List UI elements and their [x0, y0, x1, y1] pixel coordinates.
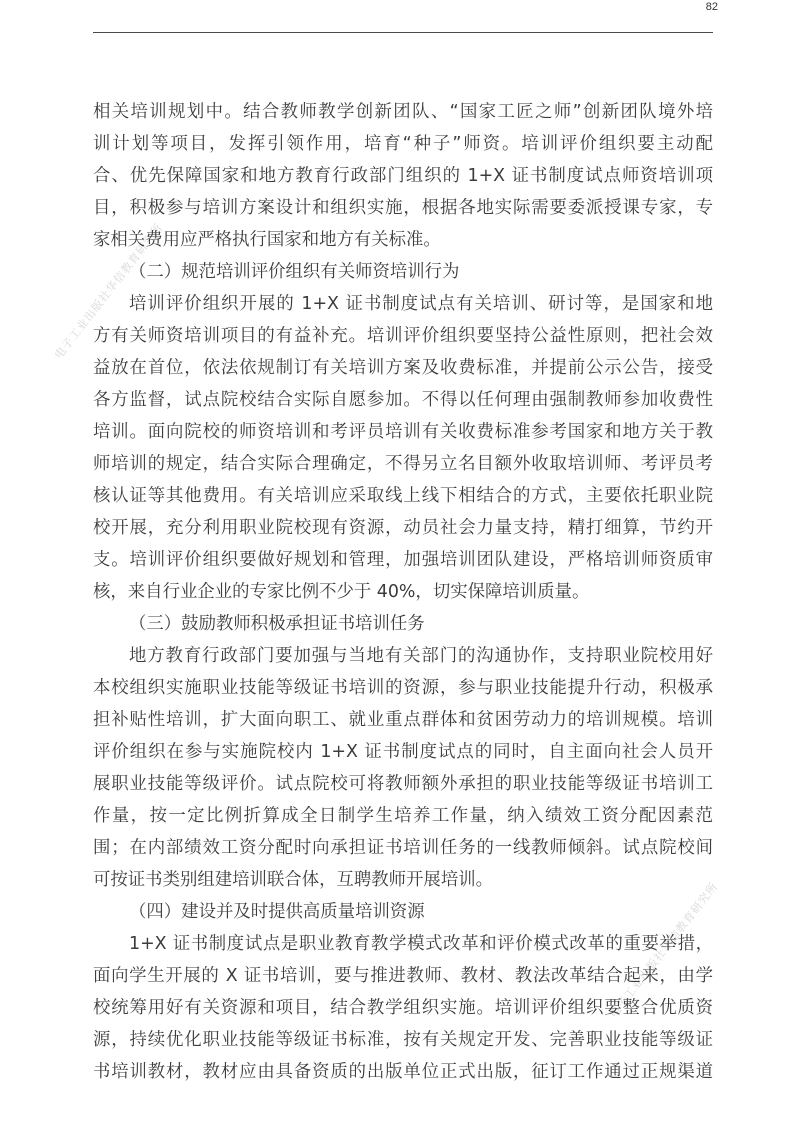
- text-line: 1+X 证书制度试点是职业教育教学模式改革和评价模式改革的重要举措，: [93, 928, 713, 960]
- text-line: 面向学生开展的 X 证书培训，要与推进教师、教材、教法改革结合起来，由学: [93, 960, 713, 992]
- text-line: 源，持续优化职业技能等级证书标准，按有关规定开发、完善职业技能等级证: [93, 1024, 713, 1056]
- text-line: 培训。面向院校的师资培训和考评员培训有关收费标准参考国家和地方关于教: [93, 416, 713, 448]
- text-line: 围；在内部绩效工资分配时向承担证书培训任务的一线教师倾斜。试点院校间: [93, 832, 713, 864]
- section-heading: （二）规范培训评价组织有关师资培训行为: [93, 256, 713, 288]
- text-line: 目，积极参与培训方案设计和组织实施，根据各地实际需要委派授课专家，专: [93, 192, 713, 224]
- text-line: 可按证书类别组建培训联合体，互聘教师开展培训。: [93, 864, 713, 896]
- text-line: 本校组织实施职业技能等级证书培训的资源，参与职业技能提升行动，积极承: [93, 672, 713, 704]
- text-line: 书培训教材，教材应由具备资质的出版单位正式出版，征订工作通过正规渠道: [93, 1056, 713, 1088]
- text-line: 担补贴性培训，扩大面向职工、就业重点群体和贫困劳动力的培训规模。培训: [93, 704, 713, 736]
- text-line: 支。培训评价组织要做好规划和管理，加强培训团队建设，严格培训师资质审: [93, 544, 713, 576]
- text-line: 校开展，充分利用职业院校现有资源，动员社会力量支持，精打细算，节约开: [93, 512, 713, 544]
- page-number: 82: [694, 1, 718, 13]
- text-line: 作量，按一定比例折算成全日制学生培养工作量，纳入绩效工资分配因素范: [93, 800, 713, 832]
- text-line: 师培训的规定，结合实际合理确定，不得另立名目额外收取培训师、考评员考: [93, 448, 713, 480]
- section-heading: （三）鼓励教师积极承担证书培训任务: [93, 608, 713, 640]
- text-line: 核认证等其他费用。有关培训应采取线上线下相结合的方式，主要依托职业院: [93, 480, 713, 512]
- text-line: 培训评价组织开展的 1+X 证书制度试点有关培训、研讨等，是国家和地: [93, 288, 713, 320]
- text-line: 方有关师资培训项目的有益补充。培训评价组织要坚持公益性原则，把社会效: [93, 320, 713, 352]
- text-line: 家相关费用应严格执行国家和地方有关标准。: [93, 224, 713, 256]
- section-heading: （四）建设并及时提供高质量培训资源: [93, 896, 713, 928]
- text-line: 各方监督，试点院校结合实际自愿参加。不得以任何理由强制教师参加收费性: [93, 384, 713, 416]
- document-body: 相关培训规划中。结合教师教学创新团队、“国家工匠之师”创新团队境外培训计划等项目…: [93, 96, 713, 1088]
- text-line: 合、优先保障国家和地方教育行政部门组织的 1+X 证书制度试点师资培训项: [93, 160, 713, 192]
- text-line: 益放在首位，依法依规制订有关培训方案及收费标准，并提前公示公告，接受: [93, 352, 713, 384]
- text-line: 核，来自行业企业的专家比例不少于 40%，切实保障培训质量。: [93, 576, 713, 608]
- text-line: 评价组织在参与实施院校内 1+X 证书制度试点的同时，自主面向社会人员开: [93, 736, 713, 768]
- text-line: 展职业技能等级评价。试点院校可将教师额外承担的职业技能等级证书培训工: [93, 768, 713, 800]
- text-line: 相关培训规划中。结合教师教学创新团队、“国家工匠之师”创新团队境外培: [93, 96, 713, 128]
- header-rule: [93, 32, 713, 33]
- text-line: 地方教育行政部门要加强与当地有关部门的沟通协作，支持职业院校用好: [93, 640, 713, 672]
- text-line: 校统筹用好有关资源和项目，结合教学组织实施。培训评价组织要整合优质资: [93, 992, 713, 1024]
- text-line: 训计划等项目，发挥引领作用，培育“种子”师资。培训评价组织要主动配: [93, 128, 713, 160]
